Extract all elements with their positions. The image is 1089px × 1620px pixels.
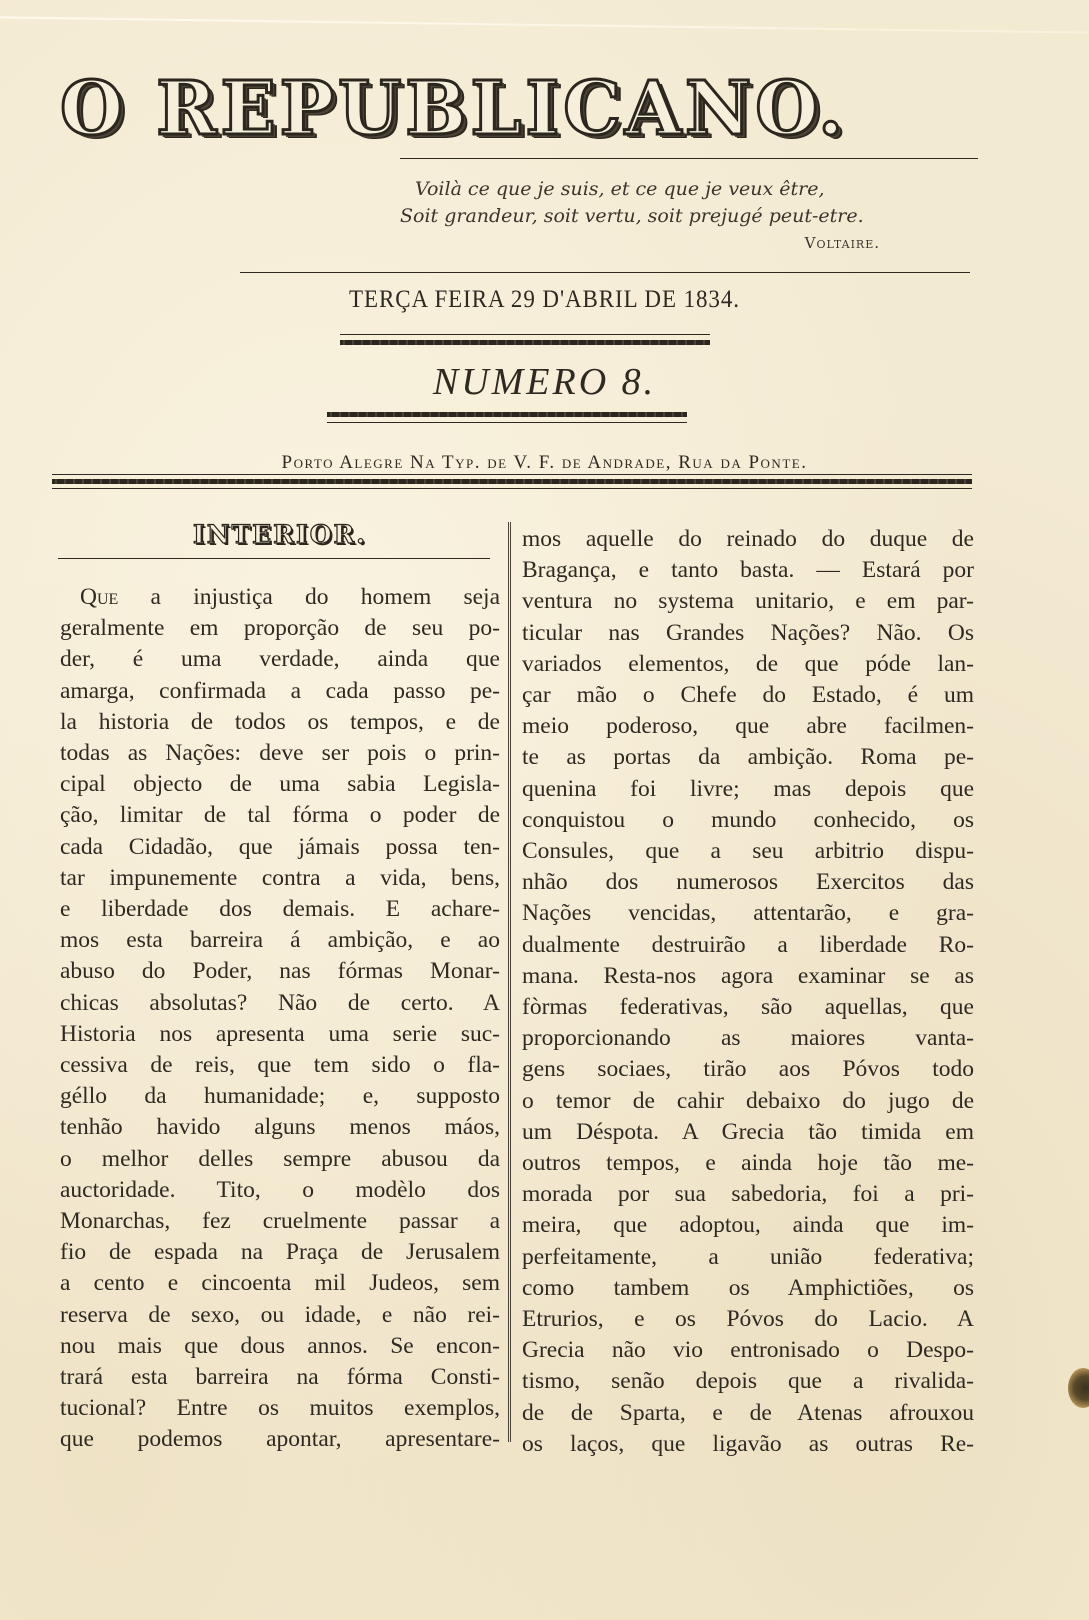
text-line: Grecia não vio entronisado o Despo- bbox=[522, 1335, 974, 1366]
text-line: la historia de todos os tempos, e de bbox=[60, 707, 500, 738]
column-divider bbox=[508, 522, 511, 1442]
text-line: que podemos apontar, apresentare- bbox=[60, 1424, 500, 1455]
text-line: o temor de cahir debaixo do jugo de bbox=[522, 1086, 974, 1117]
text-line: variados elementos, de que póde lan- bbox=[522, 649, 974, 680]
newspaper-page: O REPUBLICANO. Voilà ce que je suis, et … bbox=[0, 0, 1089, 1620]
text-line: cessiva de reis, que tem sido o fla- bbox=[60, 1050, 500, 1081]
paper-fold-crease bbox=[0, 16, 1089, 33]
text-line: fòrmas federativas, são aquellas, que bbox=[522, 992, 974, 1023]
text-line: tar impunemente contra a vida, bens, bbox=[60, 863, 500, 894]
text-line: gens sociaes, tirão aos Póvos todo bbox=[522, 1054, 974, 1085]
masthead-title: O REPUBLICANO. bbox=[60, 72, 971, 146]
text-line: Consules, que a seu arbitrio dispu- bbox=[522, 836, 974, 867]
dateline-rule-thick bbox=[340, 340, 710, 345]
text-line: e liberdade dos demais. E achare- bbox=[60, 894, 500, 925]
text-line: morada por sua sabedoria, foi a pri- bbox=[522, 1179, 974, 1210]
text-line: todas as Nações: deve ser pois o prin- bbox=[60, 738, 500, 769]
article-column-left: Que a injustiça do homem seja geralmente… bbox=[60, 582, 500, 1456]
text-line: mos aquelle do reinado do duque de bbox=[522, 524, 974, 555]
text-line: como tambem os Amphictiões, os bbox=[522, 1273, 974, 1304]
article-column-right: mos aquelle do reinado do duque de Braga… bbox=[522, 524, 974, 1460]
text-line: Etrurios, e os Póvos do Lacio. A bbox=[522, 1304, 974, 1335]
text-line: abuso do Poder, nas fórmas Monar- bbox=[60, 956, 500, 987]
text-line: a cento e cincoenta mil Judeos, sem bbox=[60, 1268, 500, 1299]
text-line: amarga, confirmada a cada passo pe- bbox=[60, 676, 500, 707]
ink-stain bbox=[1068, 1368, 1089, 1408]
header-bottom-rule-thick bbox=[52, 479, 972, 484]
epigraph-line-2: Soit grandeur, soit vertu, soit prejugé … bbox=[400, 203, 980, 230]
epigraph-author: Voltaire. bbox=[400, 230, 980, 257]
text-line: cada Cidadão, que jámais possa ten- bbox=[60, 832, 500, 863]
text-line: conquistou o mundo conhecido, os bbox=[522, 805, 974, 836]
text-line: Bragança, e tanto basta. — Estará por bbox=[522, 555, 974, 586]
text-line: Historia nos apresenta uma serie suc- bbox=[60, 1019, 500, 1050]
epigraph: Voilà ce que je suis, et ce que je veux … bbox=[400, 176, 980, 257]
text-line: meio poderoso, que abre facilmen- bbox=[522, 711, 974, 742]
text-line: auctoridade. Tito, o modèlo dos bbox=[60, 1175, 500, 1206]
epigraph-rule bbox=[240, 272, 970, 273]
masthead-rule bbox=[400, 158, 978, 159]
text-line: de de Sparta, e de Atenas afrouxou bbox=[522, 1398, 974, 1429]
text-line: perfeitamente, a união federativa; bbox=[522, 1242, 974, 1273]
text-line: os laços, que ligavão as outras Re- bbox=[522, 1429, 974, 1460]
text-line: trará esta barreira na fórma Consti- bbox=[60, 1362, 500, 1393]
text-line: geralmente em proporção de seu po- bbox=[60, 613, 500, 644]
text-line: proporcionando as maiores vanta- bbox=[522, 1023, 974, 1054]
dateline-rule-thin bbox=[340, 334, 710, 335]
text-line: tenhão havido alguns menos máos, bbox=[60, 1112, 500, 1143]
text-line: Nações vencidas, attentarão, e gra- bbox=[522, 898, 974, 929]
text-line: Monarchas, fez cruelmente passar a bbox=[60, 1206, 500, 1237]
text-line: dualmente destruirão a liberdade Ro- bbox=[522, 930, 974, 961]
text-line: um Déspota. A Grecia tão timida em bbox=[522, 1117, 974, 1148]
dateline: TERÇA FEIRA 29 D'ABRIL DE 1834. bbox=[44, 286, 1046, 314]
text-line: mana. Resta-nos agora examinar se as bbox=[522, 961, 974, 992]
text-line: chicas absolutas? Não de certo. A bbox=[60, 988, 500, 1019]
text-line: géllo da humanidade; e, supposto bbox=[60, 1081, 500, 1112]
text-line: outros tempos, e ainda hoje tão me- bbox=[522, 1148, 974, 1179]
text-line: tismo, senão depois que a rivalida- bbox=[522, 1366, 974, 1397]
issue-rule-thin bbox=[327, 422, 687, 423]
text-line: mos esta barreira á ambição, e ao bbox=[60, 925, 500, 956]
issue-number: NUMERO 8. bbox=[0, 360, 1089, 404]
header-bottom-rule-thin-2 bbox=[52, 488, 972, 489]
text-line: ticular nas Grandes Nações? Não. Os bbox=[522, 618, 974, 649]
drop-word: Que bbox=[80, 584, 118, 610]
text-line: ção, limitar de tal fórma o poder de bbox=[60, 800, 500, 831]
text-line: reserva de sexo, ou idade, e não rei- bbox=[60, 1300, 500, 1331]
text-line: fio de espada na Praça de Jerusalem bbox=[60, 1237, 500, 1268]
text-line: quenina foi livre; mas depois que bbox=[522, 774, 974, 805]
text-line: Que a injustiça do homem seja bbox=[60, 582, 500, 613]
text-line: der, é uma verdade, ainda que bbox=[60, 644, 500, 675]
text-line: ventura no systema unitario, e em par- bbox=[522, 586, 974, 617]
epigraph-line-1: Voilà ce que je suis, et ce que je veux … bbox=[400, 176, 980, 203]
imprint-line: Porto Alegre Na Typ. de V. F. de Andrade… bbox=[0, 452, 1089, 474]
text-line: cipal objecto de uma sabia Legisla- bbox=[60, 769, 500, 800]
section-heading-rule bbox=[58, 558, 490, 559]
text-line: tucional? Entre os muitos exemplos, bbox=[60, 1393, 500, 1424]
section-heading: INTERIOR. bbox=[60, 520, 500, 549]
text-line: nhão dos numerosos Exercitos das bbox=[522, 867, 974, 898]
header-bottom-rule-thin bbox=[52, 474, 972, 475]
text-line: te as portas da ambição. Roma pe- bbox=[522, 742, 974, 773]
text-line: nou mais que dous annos. Se encon- bbox=[60, 1331, 500, 1362]
issue-rule-thick bbox=[327, 412, 687, 417]
text-line: o melhor delles sempre abusou da bbox=[60, 1144, 500, 1175]
text-line: meira, que adoptou, ainda que im- bbox=[522, 1210, 974, 1241]
text-line: çar mão o Chefe do Estado, é um bbox=[522, 680, 974, 711]
